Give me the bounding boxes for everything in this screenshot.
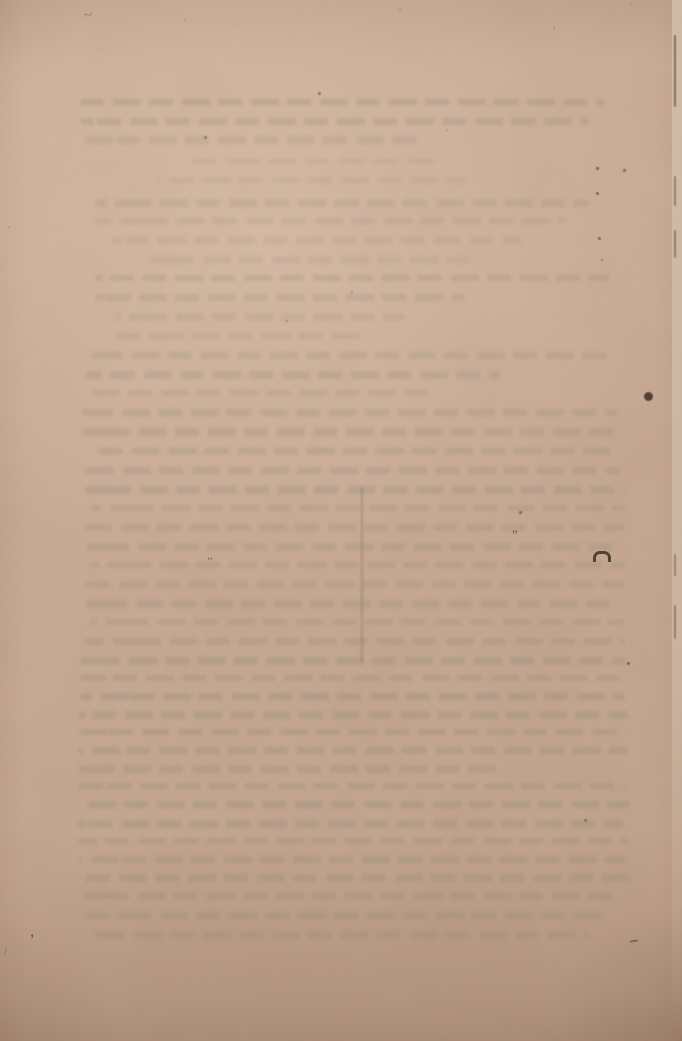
- paper-grain-texture: [0, 0, 682, 1041]
- scanned-page: ””,/~'''''': [0, 0, 682, 1041]
